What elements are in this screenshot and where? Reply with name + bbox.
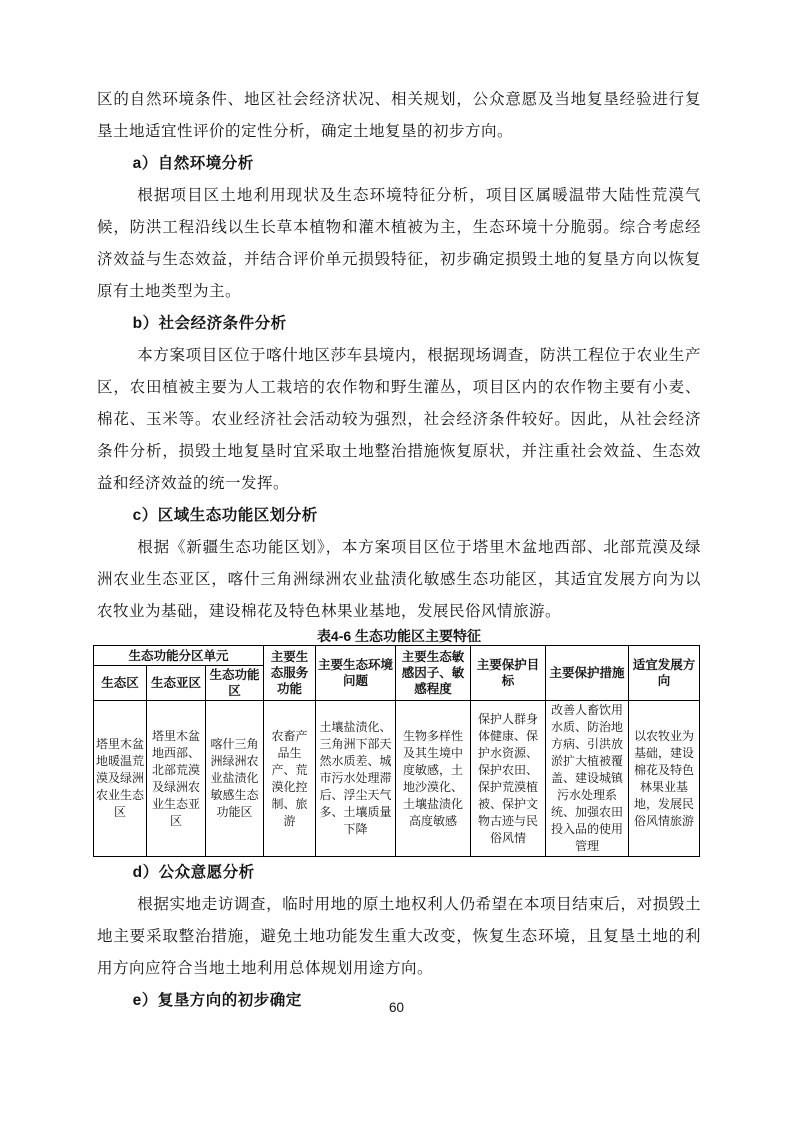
document-page: 区的自然环境条件、地区社会经济状况、相关规划，公众意愿及当地复垦经验进行复垦土地… [0, 0, 793, 1122]
cell-development-direction: 以农牧业为基础，建设棉花及特色林果业基地，发展民俗风情旅游 [629, 701, 700, 857]
section-paragraph-a: 根据项目区土地利用现状及生态环境特征分析，项目区属暖温带大陆性荒漠气候，防洪工程… [97, 180, 701, 308]
subheader-eco-region: 生态区 [94, 666, 147, 701]
section-heading-b: b）社会经济条件分析 [97, 308, 701, 340]
header-env-problems: 主要生态环境问题 [316, 646, 396, 701]
eco-function-table: 生态功能分区单元 主要生态服务功能 主要生态环境问题 主要生态敏感因子、敏感程度… [93, 645, 700, 857]
cell-eco-subregion: 塔里木盆地西部、北部荒漠及绿洲农业生态亚区 [147, 701, 206, 857]
header-sensitivity: 主要生态敏感因子、敏感程度 [396, 646, 471, 701]
page-number: 60 [0, 1000, 793, 1015]
section-heading-d: d）公众意愿分析 [97, 857, 701, 889]
section-paragraph-b: 本方案项目区位于喀什地区莎车县境内，根据现场调查，防洪工程位于农业生产区，农田植… [97, 340, 701, 500]
header-group-zoning-unit: 生态功能分区单元 [94, 646, 264, 666]
cell-eco-function-zone: 喀什三角洲绿洲农业盐渍化敏感生态功能区 [206, 701, 264, 857]
section-paragraph-d: 根据实地走访调查，临时用地的原土地权利人仍希望在本项目结束后，对损毁土地主要采取… [97, 889, 701, 985]
cell-protection-targets: 保护人群身体健康、保护水资源、保护农田、保护荒漠植被、保护文物古迹与民俗风情 [471, 701, 546, 857]
table-caption: 表4-6 生态功能区主要特征 [97, 628, 701, 645]
page-content: 区的自然环境条件、地区社会经济状况、相关规划，公众意愿及当地复垦经验进行复垦土地… [97, 84, 701, 1017]
intro-paragraph: 区的自然环境条件、地区社会经济状况、相关规划，公众意愿及当地复垦经验进行复垦土地… [97, 84, 701, 148]
section-paragraph-c: 根据《新疆生态功能区划》，本方案项目区位于塔里木盆地西部、北部荒漠及绿洲农业生态… [97, 532, 701, 628]
section-heading-c: c）区域生态功能区划分析 [97, 500, 701, 532]
header-protection-targets: 主要保护目标 [471, 646, 546, 701]
table-row: 塔里木盆地暖温荒漠及绿洲农业生态区 塔里木盆地西部、北部荒漠及绿洲农业生态亚区 … [94, 701, 700, 857]
cell-protection-measures: 改善人畜饮用水质、防治地方病、引洪放淤扩大植被覆盖、建设城镇污水处理系统、加强农… [546, 701, 629, 857]
cell-sensitivity: 生物多样性及其生境中度敏感，土地沙漠化、土壤盐渍化高度敏感 [396, 701, 471, 857]
header-protection-measures: 主要保护措施 [546, 646, 629, 701]
subheader-eco-function-zone: 生态功能区 [206, 666, 264, 701]
cell-env-problems: 土壤盐渍化、三角洲下部天然水质差、城市污水处理滞后、浮尘天气多、土壤质量下降 [316, 701, 396, 857]
section-heading-a: a）自然环境分析 [97, 148, 701, 180]
header-development-direction: 适宜发展方向 [629, 646, 700, 701]
header-eco-service: 主要生态服务功能 [264, 646, 316, 701]
cell-eco-service: 农畜产品生产、荒漠化控制、旅游 [264, 701, 316, 857]
subheader-eco-subregion: 生态亚区 [147, 666, 206, 701]
cell-eco-region: 塔里木盆地暖温荒漠及绿洲农业生态区 [94, 701, 147, 857]
